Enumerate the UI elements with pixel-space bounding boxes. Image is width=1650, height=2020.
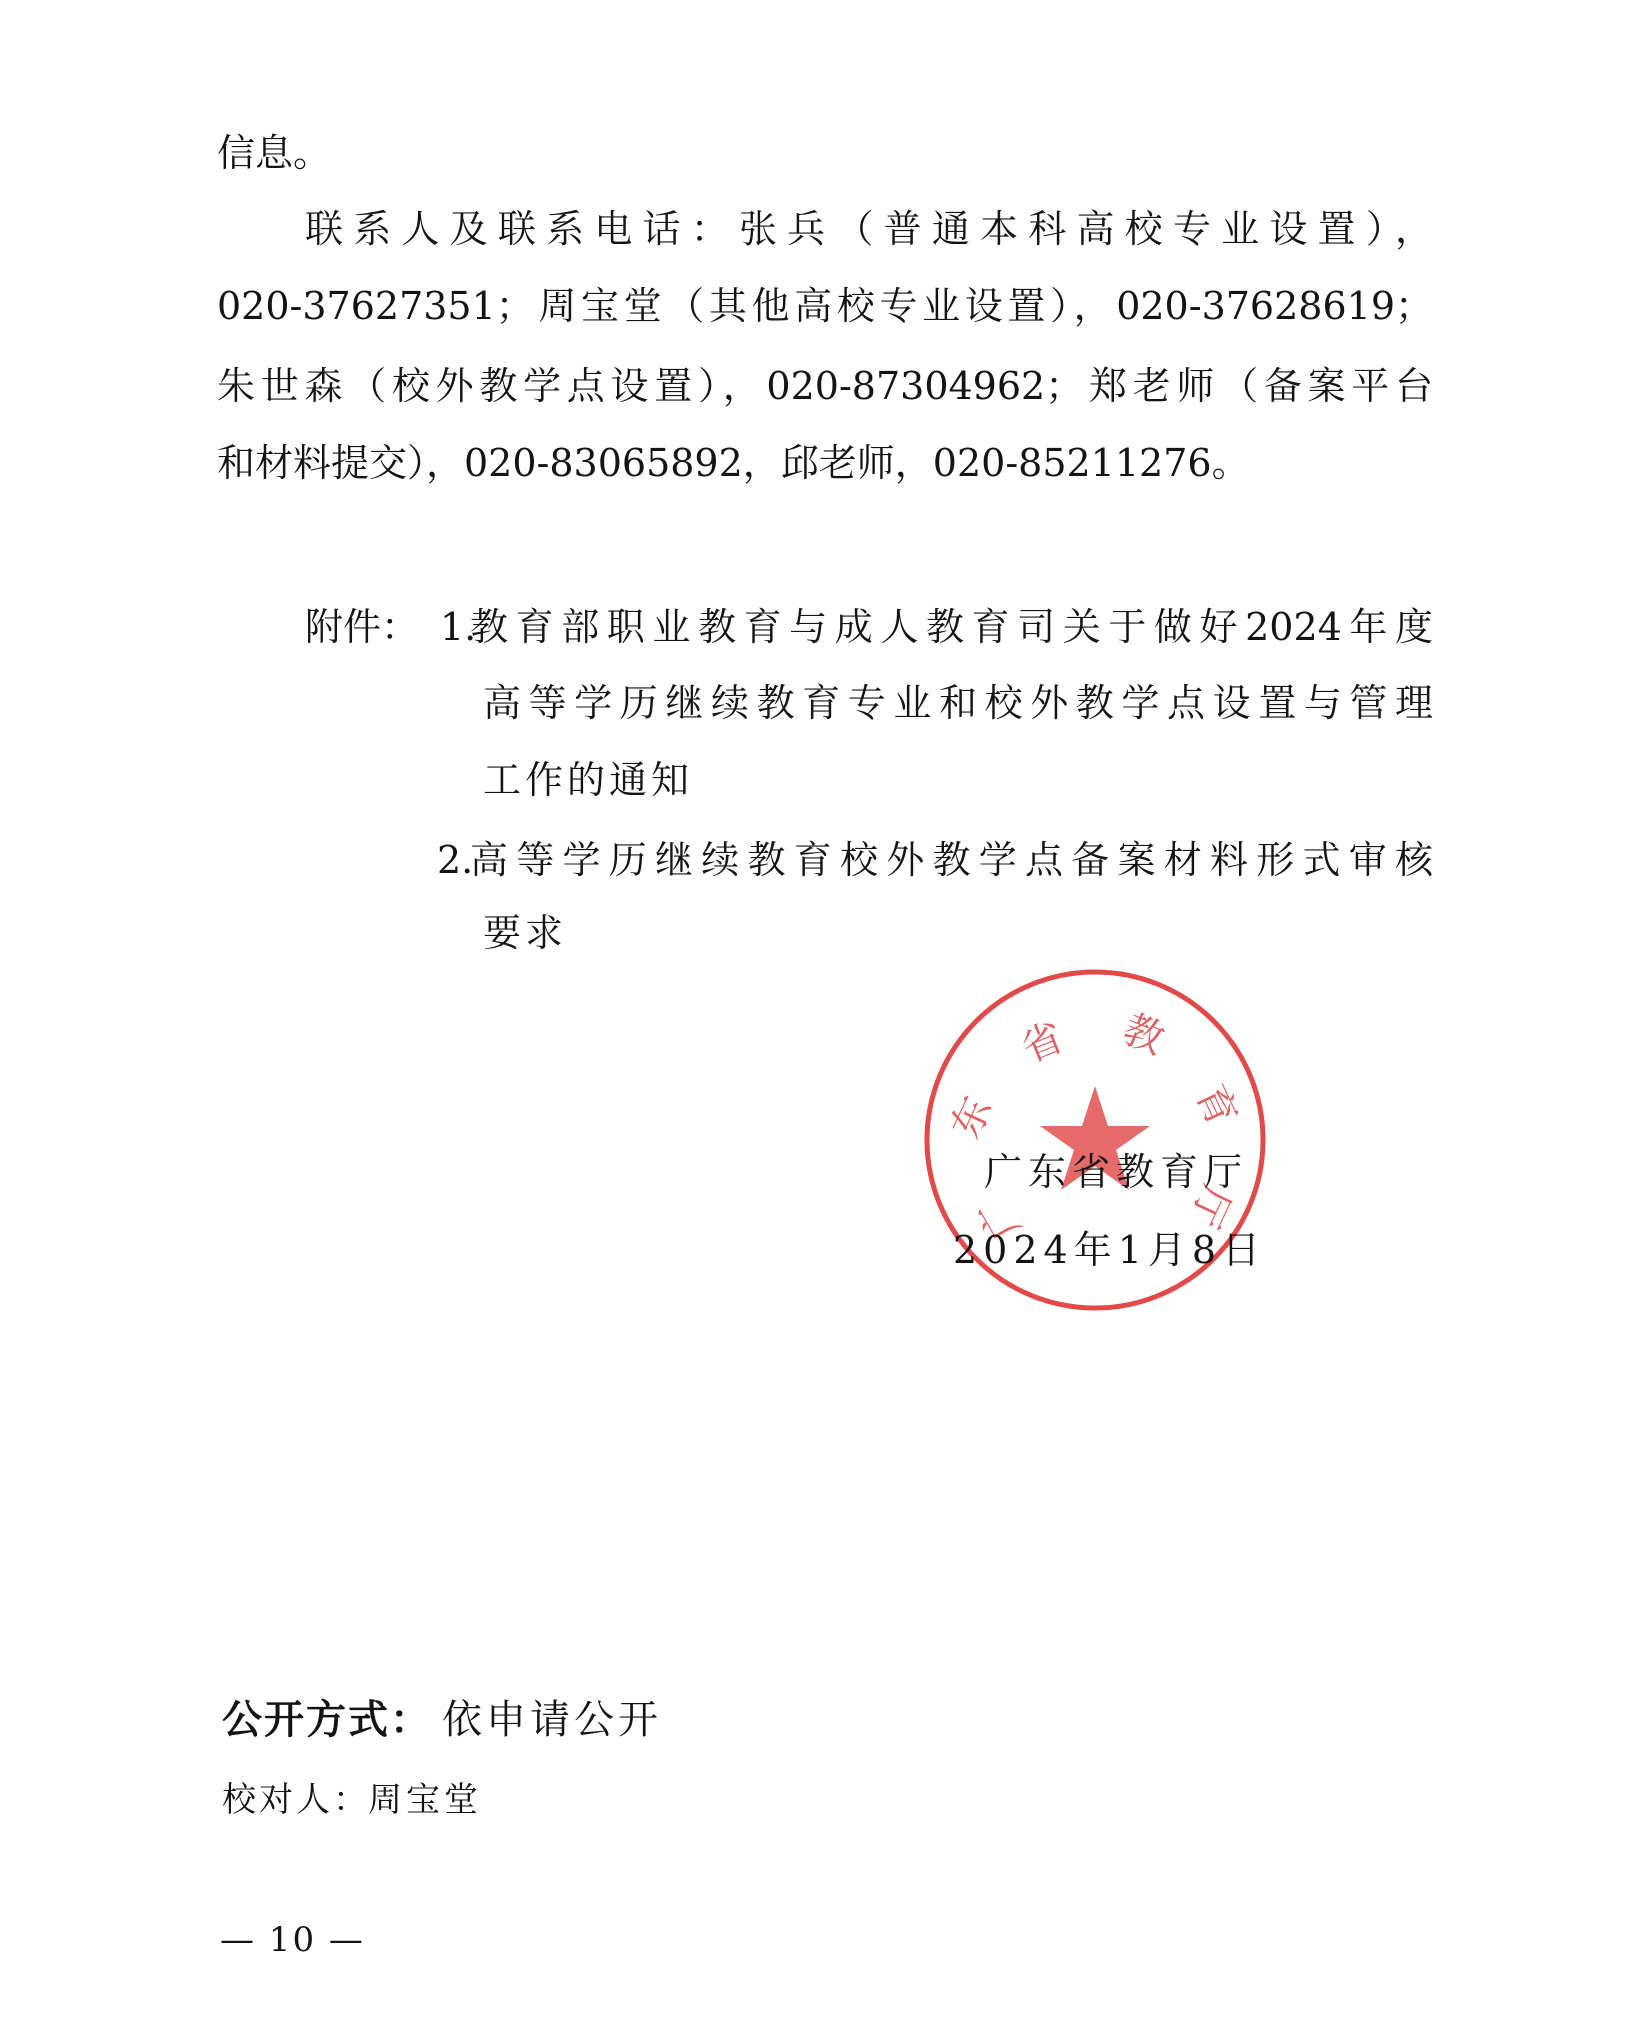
attachment-2-number: 2. <box>437 832 473 888</box>
disclosure-value: 依申请公开 <box>442 1692 662 1748</box>
disclosure-label: 公开方式： <box>222 1692 432 1748</box>
seal-arc-char: 教 <box>1116 1006 1170 1064</box>
seal-arc-char: 省 <box>1015 1014 1069 1072</box>
seal-arc-char: 东 <box>943 1090 1002 1146</box>
attachment-1-line-2: 高等学历继续教育专业和校外教学点设置与管理 <box>483 675 1433 731</box>
attachments-label: 附件： <box>305 599 419 655</box>
body-line-1: 信息。 <box>217 125 331 181</box>
attachment-1-line-1: 教育部职业教育与成人教育司关于做好2024年度 <box>470 599 1433 655</box>
contact-line-4: 和材料提交），020-83065892，邱老师，020-85211276。 <box>217 435 1250 491</box>
proofreader-name: 周宝堂 <box>368 1772 482 1828</box>
attachment-1-line-3: 工作的通知 <box>483 752 693 808</box>
document-page: 信息。 联系人及联系电话：张兵（普通本科高校专业设置）， 020-3762735… <box>0 0 1650 2020</box>
seal-arc-char: 育 <box>1187 1078 1246 1134</box>
contact-line-2: 020-37627351；周宝堂（其他高校专业设置），020-37628619； <box>217 278 1433 334</box>
proofreader-label: 校对人： <box>222 1772 370 1828</box>
page-number: — 10 — <box>220 1912 365 1968</box>
contact-line-1: 联系人及联系电话：张兵（普通本科高校专业设置）， <box>305 201 1433 257</box>
issue-date: 2024年1月8日 <box>953 1222 1266 1278</box>
contact-line-3: 朱世森（校外教学点设置），020-87304962；郑老师（备案平台 <box>217 358 1433 414</box>
issuer-name: 广东省教育厅 <box>984 1144 1248 1200</box>
attachment-2-line-2: 要求 <box>483 905 567 961</box>
attachment-2-line-1: 高等学历继续教育校外教学点备案材料形式审核 <box>470 832 1433 888</box>
